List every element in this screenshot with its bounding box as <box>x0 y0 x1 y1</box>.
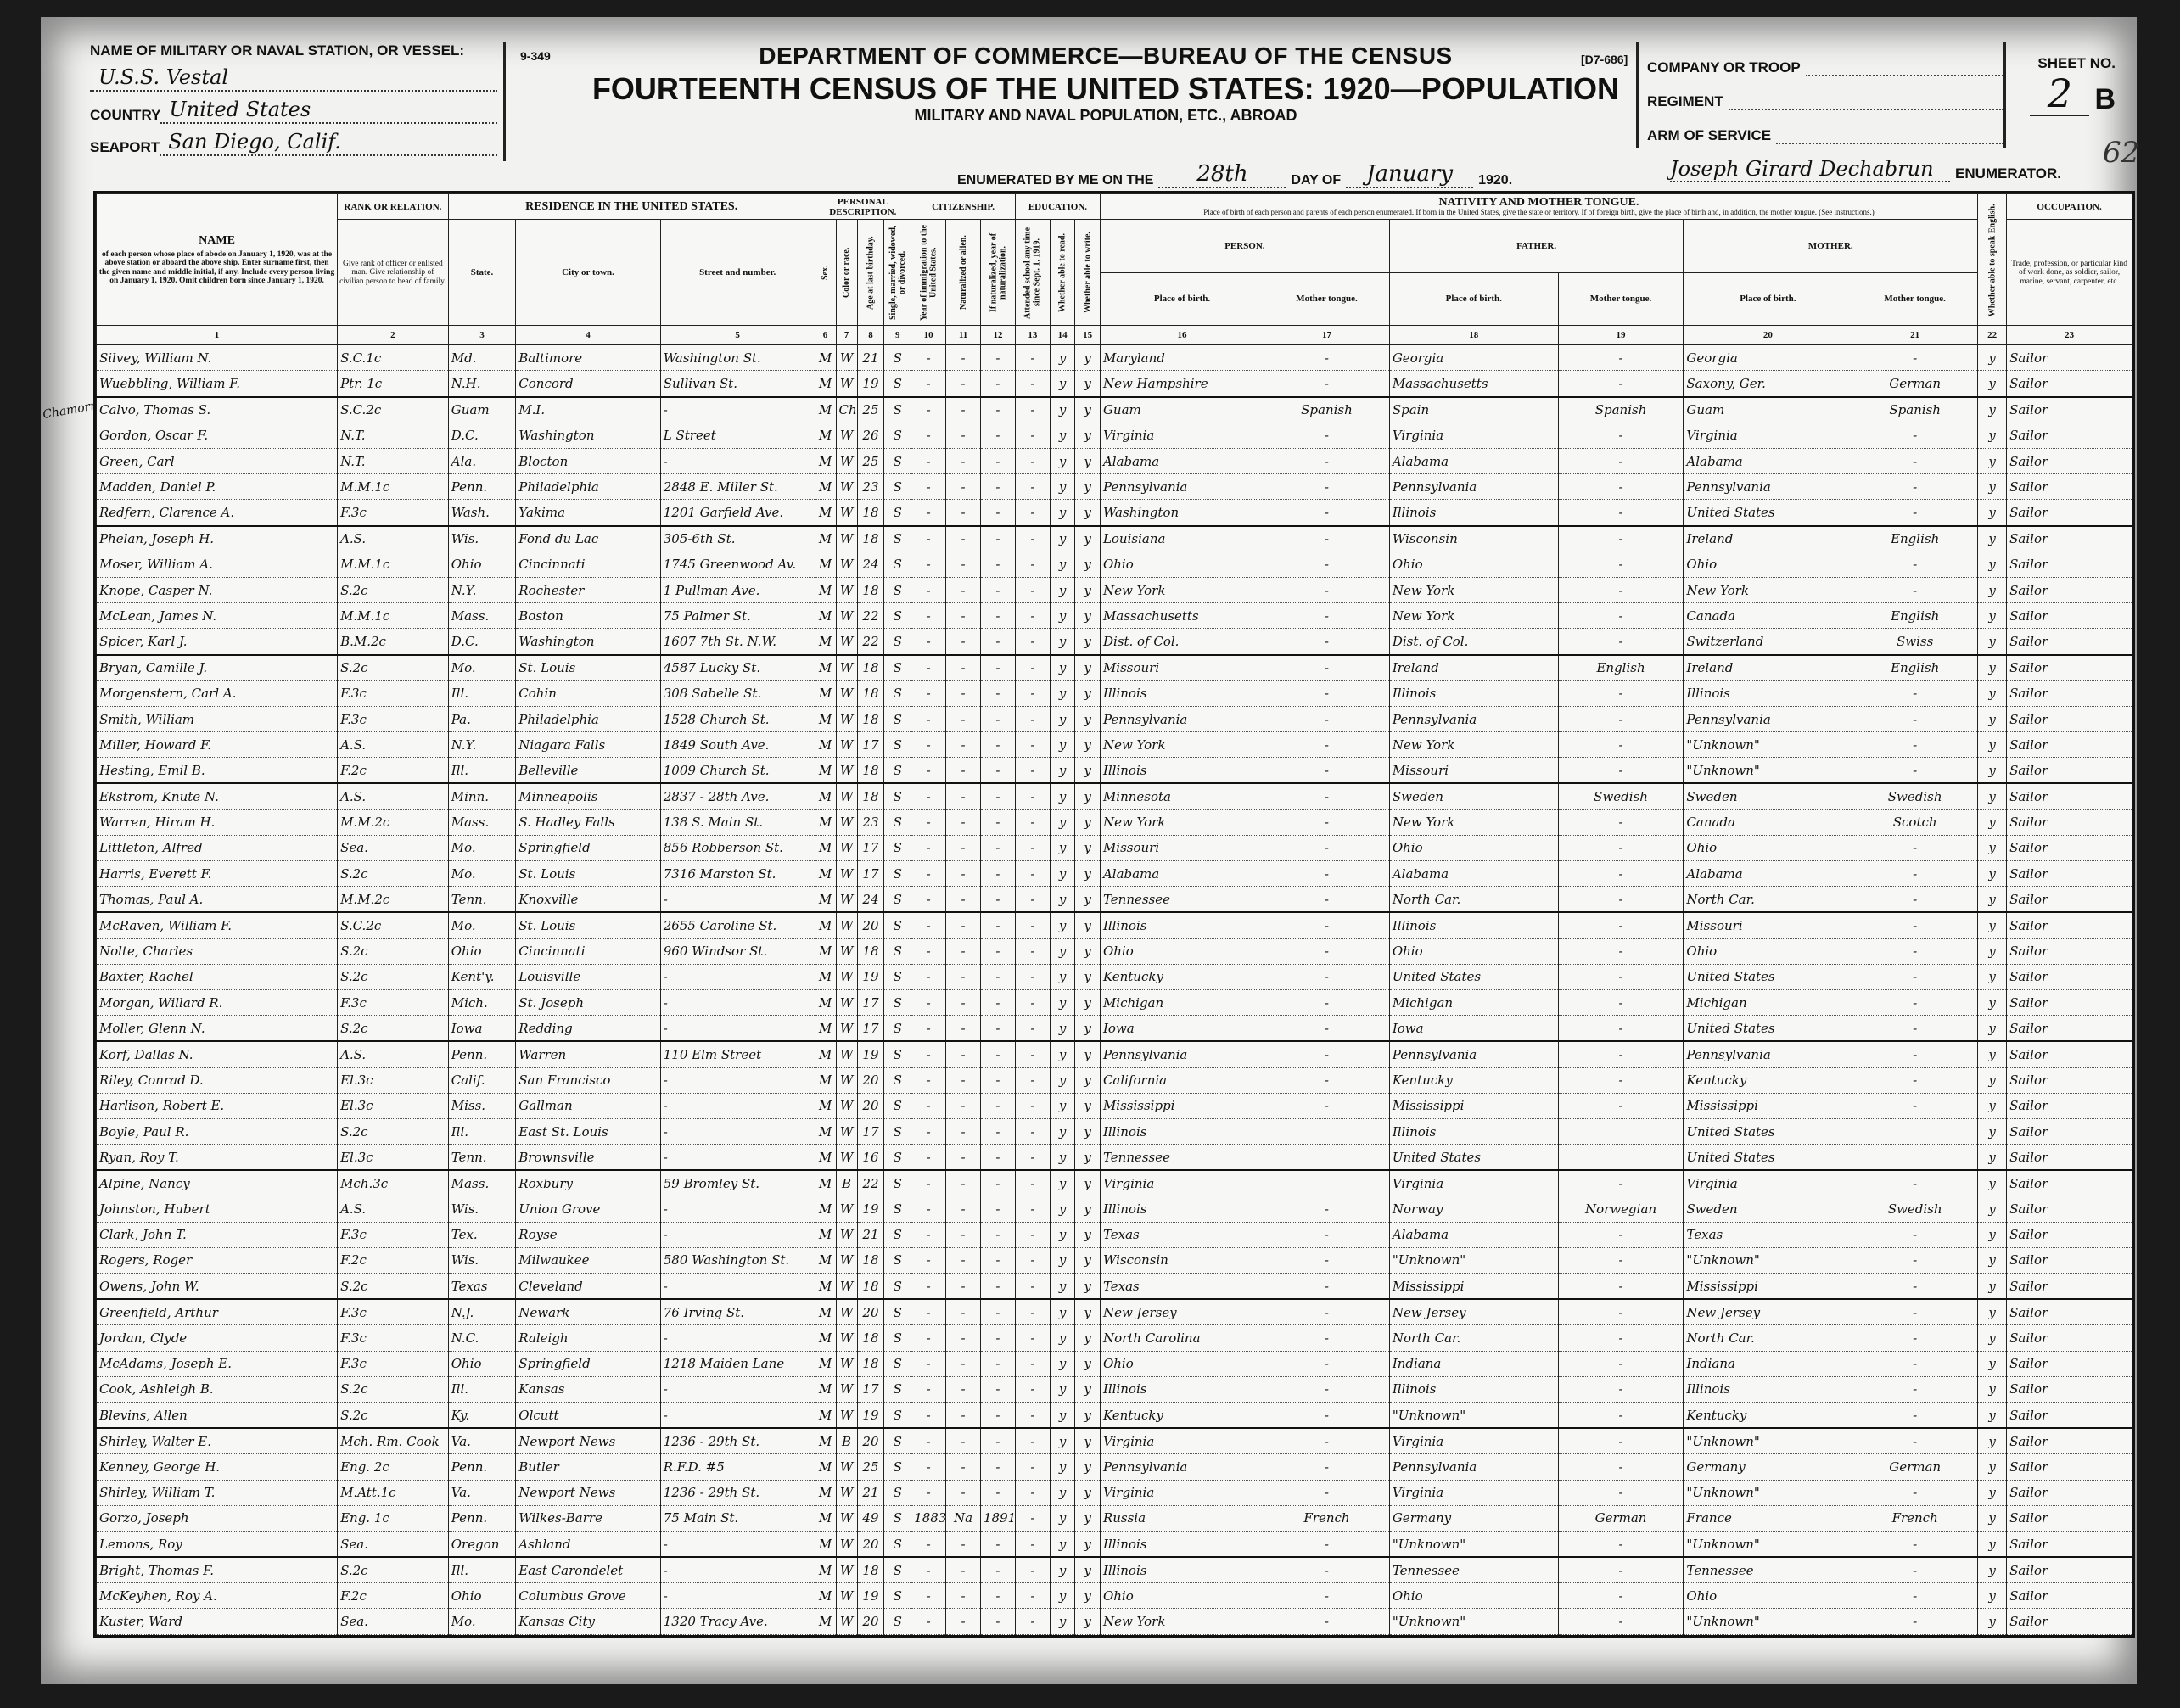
cell-name: McKeyhen, Roy A. <box>97 1583 338 1609</box>
cell-m-tongue: - <box>1852 758 1978 784</box>
cell-tongue <box>1264 1170 1390 1196</box>
cell-marital: S <box>884 474 911 500</box>
cell-rank: S.2c <box>338 938 449 964</box>
cell-marital: S <box>884 1041 911 1067</box>
col-occupation-desc: Trade, profession, or particular kind of… <box>2007 220 2132 326</box>
cell-m-pob: Canada <box>1684 809 1852 835</box>
cell-state: Calif. <box>448 1067 516 1093</box>
cell-nat: - <box>946 1402 981 1428</box>
cell-english: y <box>1978 500 2007 526</box>
cell-natyr: - <box>981 758 1016 784</box>
cell-read: y <box>1050 1351 1075 1376</box>
cell-english: y <box>1978 1325 2007 1351</box>
cell-f-tongue: - <box>1558 706 1684 731</box>
col-english-header: Whether able to speak English. <box>1978 194 2007 326</box>
cell-street: 2837 - 28th Ave. <box>660 783 815 809</box>
cell-street: 308 Sabelle St. <box>660 680 815 706</box>
cell-school: - <box>1015 887 1050 913</box>
sheet-letter: B <box>2094 83 2116 116</box>
cell-f-pob: Indiana <box>1389 1351 1558 1376</box>
cell-occupation: Sailor <box>2007 1016 2132 1042</box>
cell-natyr: - <box>981 1222 1016 1247</box>
cell-street: - <box>660 1145 815 1171</box>
table-row: Littleton, AlfredSea.Mo.Springfield856 R… <box>97 835 2132 860</box>
cell-f-pob: Ireland <box>1389 655 1558 681</box>
cell-city: Philadelphia <box>516 474 660 500</box>
cell-read: y <box>1050 1402 1075 1428</box>
cell-sex: M <box>815 783 836 809</box>
cell-school: - <box>1015 1402 1050 1428</box>
cell-nat: - <box>946 1557 981 1583</box>
cell-read: y <box>1050 938 1075 964</box>
cell-m-tongue: English <box>1852 603 1978 629</box>
cell-state: D.C. <box>448 629 516 655</box>
cell-natyr: - <box>981 1145 1016 1171</box>
cell-age: 20 <box>857 1609 884 1634</box>
cell-school: - <box>1015 1454 1050 1480</box>
cell-m-tongue: Swedish <box>1852 783 1978 809</box>
cell-m-pob: Alabama <box>1684 861 1852 887</box>
cell-m-pob: Mississippi <box>1684 1274 1852 1300</box>
cell-rank: S.2c <box>338 1274 449 1300</box>
cell-color: W <box>836 1609 857 1634</box>
cell-age: 17 <box>857 1118 884 1144</box>
cell-tongue: - <box>1264 758 1390 784</box>
cell-read: y <box>1050 1299 1075 1325</box>
table-row: Morgenstern, Carl A.F.3cIll.Cohin308 Sab… <box>97 680 2132 706</box>
cell-english: y <box>1978 371 2007 397</box>
table-row: Wuebbling, William F.Ptr. 1cN.H.ConcordS… <box>97 371 2132 397</box>
cell-f-pob: Pennsylvania <box>1389 1454 1558 1480</box>
cell-m-tongue: Swiss <box>1852 629 1978 655</box>
cell-f-pob: Alabama <box>1389 449 1558 474</box>
table-row: Owens, John W.S.2cTexasCleveland-MW18S--… <box>97 1274 2132 1300</box>
cell-nat: - <box>946 1609 981 1634</box>
cell-age: 18 <box>857 706 884 731</box>
cell-nat: - <box>946 809 981 835</box>
cell-write: y <box>1075 629 1101 655</box>
cell-pob: New York <box>1100 732 1264 758</box>
cell-pob: Russia <box>1100 1505 1264 1531</box>
cell-nat: - <box>946 1351 981 1376</box>
cell-color: W <box>836 500 857 526</box>
cell-read: y <box>1050 964 1075 989</box>
cell-f-tongue: - <box>1558 500 1684 526</box>
cell-immig: - <box>911 603 946 629</box>
cell-city: Rochester <box>516 577 660 602</box>
cell-name: McAdams, Joseph E. <box>97 1351 338 1376</box>
cell-occupation: Sailor <box>2007 1274 2132 1300</box>
cell-immig: - <box>911 938 946 964</box>
cell-color: W <box>836 1118 857 1144</box>
cell-f-pob: Missouri <box>1389 758 1558 784</box>
col-personal-header: PERSONAL DESCRIPTION. <box>815 194 911 220</box>
cell-immig: - <box>911 1222 946 1247</box>
table-row: Bryan, Camille J.S.2cMo.St. Louis4587 Lu… <box>97 655 2132 681</box>
cell-f-tongue <box>1558 1145 1684 1171</box>
cell-rank: M.M.1c <box>338 474 449 500</box>
cell-school: - <box>1015 861 1050 887</box>
cell-sex: M <box>815 655 836 681</box>
cell-immig: - <box>911 1299 946 1325</box>
cell-m-pob: "Unknown" <box>1684 1531 1852 1557</box>
company-label: COMPANY OR TROOP <box>1647 59 1801 76</box>
cell-f-pob: Virginia <box>1389 1170 1558 1196</box>
cell-sex: M <box>815 938 836 964</box>
cell-nat: Na <box>946 1505 981 1531</box>
cell-tongue: - <box>1264 1196 1390 1222</box>
cell-color: W <box>836 1145 857 1171</box>
cell-school: - <box>1015 1274 1050 1300</box>
cell-color: W <box>836 371 857 397</box>
seaport-value: San Diego, Calif. <box>160 129 497 156</box>
enumerator-block: Joseph Girard Dechabrun ENUMERATOR. <box>1670 157 2061 182</box>
cell-m-tongue: - <box>1852 680 1978 706</box>
table-row: Korf, Dallas N.A.S.Penn.Warren110 Elm St… <box>97 1041 2132 1067</box>
cell-f-pob: "Unknown" <box>1389 1402 1558 1428</box>
col-age: Age at last birthday. <box>857 220 884 326</box>
cell-city: Gallman <box>516 1093 660 1118</box>
cell-immig: - <box>911 474 946 500</box>
cell-f-pob: Iowa <box>1389 1016 1558 1042</box>
col-education-header: EDUCATION. <box>1015 194 1100 220</box>
cell-state: Wis. <box>448 1247 516 1273</box>
cell-marital: S <box>884 449 911 474</box>
cell-tongue: - <box>1264 1428 1390 1454</box>
cell-m-pob: Illinois <box>1684 1376 1852 1402</box>
cell-immig: - <box>911 887 946 913</box>
cell-immig: - <box>911 861 946 887</box>
cell-f-pob: United States <box>1389 1145 1558 1171</box>
cell-sex: M <box>815 1274 836 1300</box>
cell-name: Calvo, Thomas S. <box>97 397 338 423</box>
title-block: DEPARTMENT OF COMMERCE—BUREAU OF THE CEN… <box>584 42 1628 125</box>
column-number: 15 <box>1075 326 1101 345</box>
cell-immig: - <box>911 1402 946 1428</box>
table-row: McLean, James N.M.M.1cMass.Boston75 Palm… <box>97 603 2132 629</box>
cell-state: Ill. <box>448 680 516 706</box>
cell-city: Concord <box>516 371 660 397</box>
cell-age: 24 <box>857 552 884 577</box>
cell-sex: M <box>815 1351 836 1376</box>
cell-rank: S.2c <box>338 1402 449 1428</box>
cell-city: Roxbury <box>516 1170 660 1196</box>
cell-f-tongue: - <box>1558 1428 1684 1454</box>
cell-school: - <box>1015 1041 1050 1067</box>
cell-marital: S <box>884 887 911 913</box>
cell-name: Redfern, Clarence A. <box>97 500 338 526</box>
cell-m-pob: Illinois <box>1684 680 1852 706</box>
cell-name: Warren, Hiram H. <box>97 809 338 835</box>
cell-m-pob: United States <box>1684 1145 1852 1171</box>
cell-street: - <box>660 1402 815 1428</box>
cell-marital: S <box>884 964 911 989</box>
cell-m-pob: Ohio <box>1684 552 1852 577</box>
cell-m-pob: Ohio <box>1684 938 1852 964</box>
cell-city: Springfield <box>516 835 660 860</box>
cell-rank: S.2c <box>338 1557 449 1583</box>
col-citizenship-header: CITIZENSHIP. <box>911 194 1016 220</box>
enumerated-year: 1920. <box>1478 173 1512 188</box>
cell-f-tongue: - <box>1558 1170 1684 1196</box>
census-rows: Silvey, William N.S.C.1cMd.BaltimoreWash… <box>97 345 2132 1634</box>
cell-school: - <box>1015 500 1050 526</box>
cell-f-tongue: - <box>1558 938 1684 964</box>
cell-read: y <box>1050 835 1075 860</box>
cell-write: y <box>1075 1274 1101 1300</box>
cell-pob: North Carolina <box>1100 1325 1264 1351</box>
census-title: FOURTEENTH CENSUS OF THE UNITED STATES: … <box>584 71 1628 107</box>
cell-english: y <box>1978 861 2007 887</box>
cell-occupation: Sailor <box>2007 397 2132 423</box>
cell-f-pob: Ohio <box>1389 552 1558 577</box>
cell-age: 17 <box>857 861 884 887</box>
cell-read: y <box>1050 629 1075 655</box>
cell-english: y <box>1978 1016 2007 1042</box>
cell-tongue: - <box>1264 629 1390 655</box>
cell-natyr: - <box>981 887 1016 913</box>
cell-f-tongue: - <box>1558 732 1684 758</box>
table-row: Kuster, WardSea.Mo.Kansas City1320 Tracy… <box>97 1609 2132 1634</box>
cell-state: Iowa <box>448 1016 516 1042</box>
cell-sex: M <box>815 912 836 938</box>
cell-sex: M <box>815 1505 836 1531</box>
table-row: Lemons, RoySea.OregonAshland-MW20S----yy… <box>97 1531 2132 1557</box>
cell-pob: Texas <box>1100 1222 1264 1247</box>
cell-natyr: - <box>981 861 1016 887</box>
cell-state: Penn. <box>448 474 516 500</box>
cell-read: y <box>1050 1118 1075 1144</box>
cell-name: Jordan, Clyde <box>97 1325 338 1351</box>
cell-tongue: - <box>1264 1274 1390 1300</box>
cell-read: y <box>1050 603 1075 629</box>
cell-occupation: Sailor <box>2007 1583 2132 1609</box>
cell-state: N.Y. <box>448 577 516 602</box>
cell-street: 1528 Church St. <box>660 706 815 731</box>
cell-write: y <box>1075 552 1101 577</box>
cell-occupation: Sailor <box>2007 835 2132 860</box>
col-sex: Sex. <box>815 220 836 326</box>
cell-city: Cincinnati <box>516 552 660 577</box>
cell-immig: - <box>911 783 946 809</box>
cell-school: - <box>1015 1299 1050 1325</box>
cell-m-tongue: - <box>1852 1351 1978 1376</box>
cell-rank: S.2c <box>338 861 449 887</box>
cell-write: y <box>1075 758 1101 784</box>
cell-m-pob: Alabama <box>1684 449 1852 474</box>
cell-pob: New Jersey <box>1100 1299 1264 1325</box>
cell-read: y <box>1050 1325 1075 1351</box>
cell-f-tongue: - <box>1558 1299 1684 1325</box>
cell-sex: M <box>815 680 836 706</box>
cell-age: 20 <box>857 1531 884 1557</box>
census-subtitle: MILITARY AND NAVAL POPULATION, ETC., ABR… <box>584 107 1628 125</box>
cell-rank: Eng. 1c <box>338 1505 449 1531</box>
table-row: Clark, John T.F.3cTex.Royse-MW21S----yyT… <box>97 1222 2132 1247</box>
cell-nat: - <box>946 783 981 809</box>
cell-name: McRaven, William F. <box>97 912 338 938</box>
cell-read: y <box>1050 1428 1075 1454</box>
table-row: Kenney, George H.Eng. 2cPenn.ButlerR.F.D… <box>97 1454 2132 1480</box>
cell-m-tongue: - <box>1852 474 1978 500</box>
cell-m-tongue: - <box>1852 887 1978 913</box>
cell-rank: S.2c <box>338 577 449 602</box>
cell-pob: Pennsylvania <box>1100 1454 1264 1480</box>
cell-f-pob: Ohio <box>1389 1583 1558 1609</box>
cell-write: y <box>1075 1531 1101 1557</box>
cell-f-tongue: Swedish <box>1558 783 1684 809</box>
cell-nat: - <box>946 397 981 423</box>
cell-write: y <box>1075 1170 1101 1196</box>
cell-english: y <box>1978 449 2007 474</box>
cell-age: 20 <box>857 1067 884 1093</box>
cell-city: Philadelphia <box>516 706 660 731</box>
cell-pob: New York <box>1100 1609 1264 1634</box>
cell-f-tongue: - <box>1558 1583 1684 1609</box>
cell-street: - <box>660 1531 815 1557</box>
cell-tongue: - <box>1264 1402 1390 1428</box>
cell-color: W <box>836 1093 857 1118</box>
cell-city: San Francisco <box>516 1067 660 1093</box>
cell-pob: Illinois <box>1100 758 1264 784</box>
cell-m-tongue <box>1852 1118 1978 1144</box>
cell-school: - <box>1015 1428 1050 1454</box>
cell-color: W <box>836 552 857 577</box>
cell-f-tongue: - <box>1558 577 1684 602</box>
cell-state: Ohio <box>448 938 516 964</box>
cell-school: - <box>1015 989 1050 1015</box>
cell-tongue: - <box>1264 1531 1390 1557</box>
cell-english: y <box>1978 732 2007 758</box>
day-of-label: DAY OF <box>1291 173 1341 188</box>
cell-rank: F.3c <box>338 1299 449 1325</box>
cell-pob: New York <box>1100 809 1264 835</box>
cell-name: Kenney, George H. <box>97 1454 338 1480</box>
table-row: Baxter, RachelS.2cKent'y.Louisville-MW19… <box>97 964 2132 989</box>
cell-m-pob: France <box>1684 1505 1852 1531</box>
cell-f-tongue: - <box>1558 912 1684 938</box>
cell-m-tongue: German <box>1852 1454 1978 1480</box>
cell-street: 75 Main St. <box>660 1505 815 1531</box>
cell-m-pob: New Jersey <box>1684 1299 1852 1325</box>
cell-read: y <box>1050 1557 1075 1583</box>
column-number-row: 1234567891011121314151617181920212223 <box>97 326 2132 345</box>
cell-state: Mo. <box>448 861 516 887</box>
cell-occupation: Sailor <box>2007 809 2132 835</box>
table-row: Phelan, Joseph H.A.S.Wis.Fond du Lac305-… <box>97 526 2132 552</box>
cell-occupation: Sailor <box>2007 1299 2132 1325</box>
cell-color: B <box>836 1428 857 1454</box>
cell-rank: M.M.2c <box>338 809 449 835</box>
cell-color: W <box>836 758 857 784</box>
cell-nat: - <box>946 1196 981 1222</box>
column-number: 18 <box>1389 326 1558 345</box>
cell-occupation: Sailor <box>2007 526 2132 552</box>
cell-color: Ch <box>836 397 857 423</box>
column-number: 23 <box>2007 326 2132 345</box>
cell-nat: - <box>946 1583 981 1609</box>
cell-school: - <box>1015 1145 1050 1171</box>
cell-marital: S <box>884 1222 911 1247</box>
cell-pob: Illinois <box>1100 1196 1264 1222</box>
cell-nat: - <box>946 989 981 1015</box>
cell-sex: M <box>815 1247 836 1273</box>
cell-immig: - <box>911 397 946 423</box>
cell-name: Wuebbling, William F. <box>97 371 338 397</box>
cell-m-pob: North Car. <box>1684 1325 1852 1351</box>
cell-pob: Mississippi <box>1100 1093 1264 1118</box>
cell-sex: M <box>815 423 836 448</box>
cell-pob: Pennsylvania <box>1100 1041 1264 1067</box>
cell-rank: F.3c <box>338 1325 449 1351</box>
cell-nat: - <box>946 500 981 526</box>
cell-occupation: Sailor <box>2007 758 2132 784</box>
cell-tongue: - <box>1264 500 1390 526</box>
cell-marital: S <box>884 1428 911 1454</box>
cell-tongue: - <box>1264 552 1390 577</box>
cell-f-pob: North Car. <box>1389 1325 1558 1351</box>
cell-occupation: Sailor <box>2007 912 2132 938</box>
cell-natyr: - <box>981 964 1016 989</box>
cell-write: y <box>1075 603 1101 629</box>
cell-nat: - <box>946 655 981 681</box>
cell-street: 1218 Maiden Lane <box>660 1351 815 1376</box>
cell-occupation: Sailor <box>2007 1170 2132 1196</box>
col-person-group: PERSON. <box>1100 220 1389 273</box>
cell-pob: Pennsylvania <box>1100 474 1264 500</box>
cell-english: y <box>1978 938 2007 964</box>
cell-occupation: Sailor <box>2007 629 2132 655</box>
cell-street: 1236 - 29th St. <box>660 1428 815 1454</box>
cell-f-tongue: German <box>1558 1505 1684 1531</box>
cell-sex: M <box>815 552 836 577</box>
cell-street: 1201 Garfield Ave. <box>660 500 815 526</box>
table-row: Rogers, RogerF.2cWis.Milwaukee580 Washin… <box>97 1247 2132 1273</box>
cell-age: 21 <box>857 345 884 371</box>
cell-rank: F.2c <box>338 1583 449 1609</box>
cell-m-tongue: - <box>1852 1325 1978 1351</box>
cell-f-tongue: - <box>1558 629 1684 655</box>
col-write: Whether able to write. <box>1075 220 1101 326</box>
cell-age: 22 <box>857 629 884 655</box>
cell-occupation: Sailor <box>2007 1428 2132 1454</box>
cell-f-tongue: - <box>1558 552 1684 577</box>
cell-state: Oregon <box>448 1531 516 1557</box>
cell-marital: S <box>884 1325 911 1351</box>
cell-school: - <box>1015 1480 1050 1505</box>
cell-f-pob: Tennessee <box>1389 1557 1558 1583</box>
cell-tongue: French <box>1264 1505 1390 1531</box>
cell-m-pob: North Car. <box>1684 887 1852 913</box>
cell-marital: S <box>884 1247 911 1273</box>
cell-f-tongue: - <box>1558 1016 1684 1042</box>
cell-read: y <box>1050 526 1075 552</box>
cell-natyr: - <box>981 1351 1016 1376</box>
cell-write: y <box>1075 371 1101 397</box>
cell-occupation: Sailor <box>2007 1247 2132 1273</box>
cell-marital: S <box>884 1505 911 1531</box>
cell-age: 19 <box>857 1041 884 1067</box>
cell-immig: 1883 <box>911 1505 946 1531</box>
cell-write: y <box>1075 964 1101 989</box>
seaport-label: SEAPORT <box>90 139 160 156</box>
cell-write: y <box>1075 1480 1101 1505</box>
cell-name: Bright, Thomas F. <box>97 1557 338 1583</box>
cell-name: Phelan, Joseph H. <box>97 526 338 552</box>
cell-m-tongue: - <box>1852 1557 1978 1583</box>
cell-city: Newport News <box>516 1480 660 1505</box>
cell-school: - <box>1015 423 1050 448</box>
